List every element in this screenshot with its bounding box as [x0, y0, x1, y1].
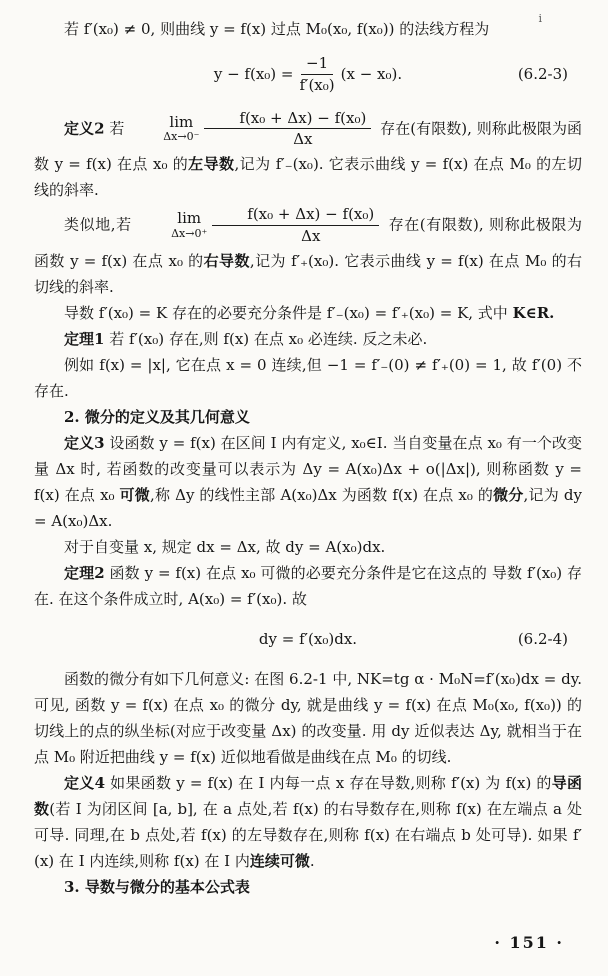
bold-term-differential: 微分 [493, 486, 523, 504]
limit-operator: limΔx→0⁺ [141, 211, 207, 239]
equation-6-2-4: dy = f′(x₀)dx. (6.2-4) [34, 624, 582, 654]
definition-label: 定义3 [64, 434, 105, 452]
equation-6-2-3: y − f(x₀) = −1 f′(x₀) (x − x₀). (6.2-3) [34, 54, 582, 95]
paragraph-text: 对于自变量 x, 规定 dx = Δx, 故 dy = A(x₀)dx. [64, 538, 385, 556]
paragraph-text: 导数 f′(x₀) = K 存在的必要充分条件是 f′₋(x₀) = f′₊(x… [64, 304, 513, 322]
fraction-numerator: f(x₀ + Δx) − f(x₀) [212, 205, 379, 226]
paragraph-text: 若 [105, 119, 130, 137]
paragraph-necessary-sufficient: 导数 f′(x₀) = K 存在的必要充分条件是 f′₋(x₀) = f′₊(x… [34, 300, 582, 326]
paragraph-text: ,称 Δy 的线性主部 A(x₀)Δx 为函数 f(x) 在点 x₀ 的 [150, 486, 493, 504]
paragraph-text: 类似地,若 [64, 215, 137, 233]
equation-text: dy = f′(x₀)dx. [259, 626, 357, 652]
fraction-denominator: Δx [271, 226, 320, 246]
bold-term-right-derivative: 右导数 [204, 252, 250, 270]
paragraph-text: 若 f′(x₀) 存在,则 f(x) 在点 x₀ 必连续. 反之未必. [104, 330, 427, 348]
paragraph-text: 若 f′(x₀) ≠ 0, 则曲线 y = f(x) 过点 M₀(x₀, f(x… [64, 20, 489, 38]
bold-term-left-derivative: 左导数 [188, 155, 234, 173]
section-heading-2: 2. 微分的定义及其几何意义 [34, 404, 582, 430]
limit-subscript: Δx→0⁺ [141, 228, 207, 240]
definition-label: 定义2 [64, 119, 105, 137]
paragraph-geometric-meaning: 函数的微分有如下几何意义: 在图 6.2-1 中, NK=tg α · M₀N=… [34, 666, 582, 770]
heading-text: 3. 导数与微分的基本公式表 [64, 878, 250, 896]
heading-text: 2. 微分的定义及其几何意义 [64, 408, 250, 426]
paragraph-theorem-1: 定理1 若 f′(x₀) 存在,则 f(x) 在点 x₀ 必连续. 反之未必. [34, 326, 582, 352]
equation-body: y − f(x₀) = −1 f′(x₀) (x − x₀). [214, 54, 402, 95]
fraction-numerator: f(x₀ + Δx) − f(x₀) [204, 109, 371, 130]
bold-term-differentiable: 可微 [120, 486, 150, 504]
paragraph-definition-3: 定义3 设函数 y = f(x) 在区间 I 内有定义, x₀∈I. 当自变量在… [34, 430, 582, 534]
paragraph-text: 函数 y = f(x) 在点 x₀ 可微的必要充分条件是它在这点的 导数 f′(… [34, 564, 582, 608]
bold-term-k-in-r: K∈R. [513, 304, 555, 322]
theorem-label: 定理2 [64, 564, 105, 582]
fraction-numerator: −1 [301, 54, 333, 75]
paragraph-text: . [310, 852, 315, 870]
paragraph-definition-4: 定义4 如果函数 y = f(x) 在 I 内每一点 x 存在导数,则称 f′(… [34, 770, 582, 874]
page-number: · 151 · [494, 930, 564, 956]
paragraph-text: 如果函数 y = f(x) 在 I 内每一点 x 存在导数,则称 f′(x) 为… [105, 774, 552, 792]
difference-quotient-fraction: f(x₀ + Δx) − f(x₀)Δx [204, 109, 371, 150]
equation-number: (6.2-4) [518, 626, 568, 652]
scanned-textbook-page: i 若 f′(x₀) ≠ 0, 则曲线 y = f(x) 过点 M₀(x₀, f… [0, 0, 608, 976]
limit-operator: limΔx→0⁻ [133, 115, 199, 143]
fraction: −1 f′(x₀) [300, 54, 335, 95]
difference-quotient-fraction: f(x₀ + Δx) − f(x₀)Δx [212, 205, 379, 246]
limit-subscript: Δx→0⁻ [133, 131, 199, 143]
theorem-label: 定理1 [64, 330, 104, 348]
paragraph-dx-convention: 对于自变量 x, 规定 dx = Δx, 故 dy = A(x₀)dx. [34, 534, 582, 560]
bold-term-continuously-differentiable: 连续可微 [250, 852, 310, 870]
paragraph-similarly: 类似地,若 limΔx→0⁺f(x₀ + Δx) − f(x₀)Δx 存在(有限… [34, 203, 582, 300]
section-heading-3: 3. 导数与微分的基本公式表 [34, 874, 582, 900]
fraction-denominator: Δx [263, 129, 312, 149]
limit-expression: limΔx→0⁻f(x₀ + Δx) − f(x₀)Δx [133, 109, 371, 150]
paragraph-example-abs: 例如 f(x) = |x|, 它在点 x = 0 连续,但 −1 = f′₋(0… [34, 352, 582, 404]
paragraph-normal-line-intro: 若 f′(x₀) ≠ 0, 则曲线 y = f(x) 过点 M₀(x₀, f(x… [34, 16, 582, 42]
scan-artifact-mark: i [538, 6, 542, 32]
paragraph-text: 例如 f(x) = |x|, 它在点 x = 0 连续,但 −1 = f′₋(0… [34, 356, 582, 400]
equation-body: dy = f′(x₀)dx. [259, 626, 357, 652]
limit-expression: limΔx→0⁺f(x₀ + Δx) − f(x₀)Δx [141, 205, 379, 246]
fraction-denominator: f′(x₀) [300, 75, 335, 95]
paragraph-text: 函数的微分有如下几何意义: 在图 6.2-1 中, NK=tg α · M₀N=… [34, 670, 582, 766]
definition-label: 定义4 [64, 774, 105, 792]
equation-number: (6.2-3) [518, 61, 568, 87]
paragraph-definition-2: 定义2 若 limΔx→0⁻f(x₀ + Δx) − f(x₀)Δx 存在(有限… [34, 107, 582, 204]
paragraph-theorem-2: 定理2 函数 y = f(x) 在点 x₀ 可微的必要充分条件是它在这点的 导数… [34, 560, 582, 612]
equation-rhs: (x − x₀). [341, 61, 403, 87]
equation-lhs: y − f(x₀) = [214, 61, 294, 87]
